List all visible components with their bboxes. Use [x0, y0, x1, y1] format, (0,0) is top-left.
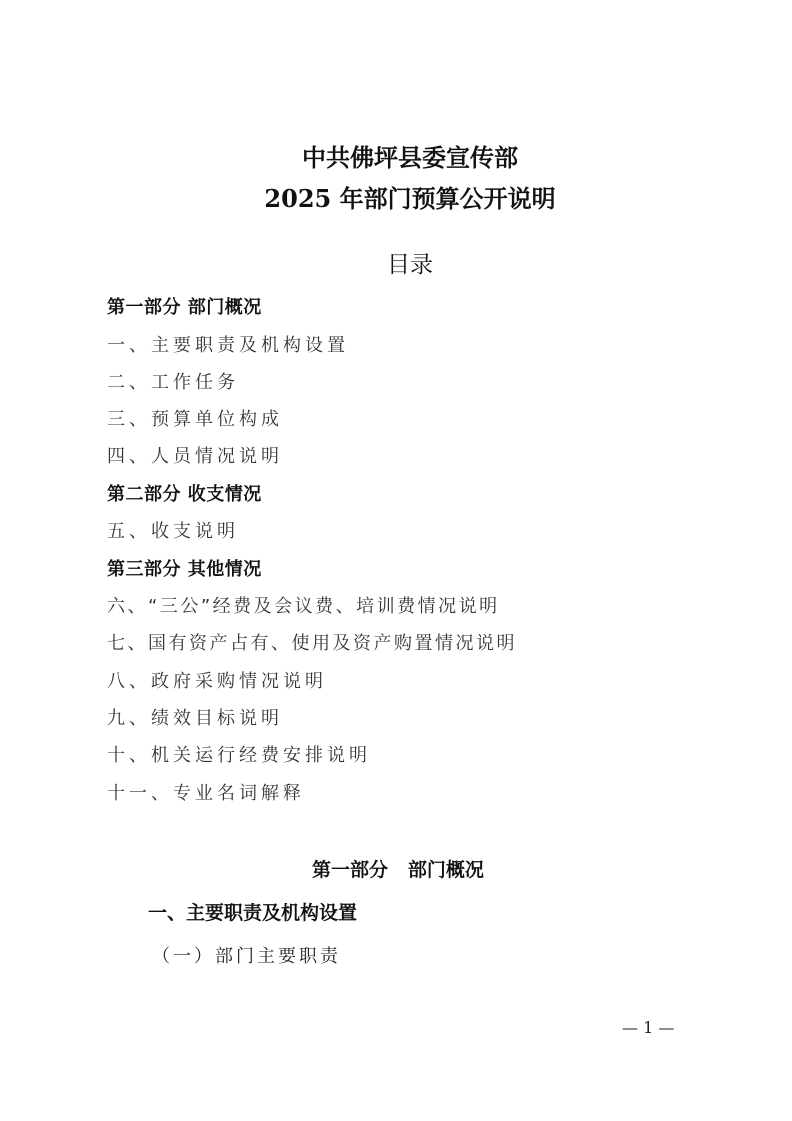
page-number: — 1 —: [622, 1017, 674, 1039]
toc-part-1: 第一部分 部门概况: [107, 295, 262, 321]
toc-item-7: 七、国有资产占有、使用及资产购置情况说明: [107, 631, 517, 657]
toc-item-6: 六、“三公”经费及会议费、培训费情况说明: [107, 594, 500, 620]
toc-item-10: 十、机关运行经费安排说明: [107, 743, 371, 769]
toc-item-9: 九、绩效目标说明: [107, 706, 283, 732]
subsection-heading: 一、主要职责及机构设置: [148, 899, 357, 927]
toc-item-5: 五、收支说明: [107, 519, 239, 545]
toc-item-2: 二、工作任务: [107, 370, 239, 396]
toc-item-8: 八、政府采购情况说明: [107, 669, 327, 695]
document-title-line2: 2025 年部门预算公开说明: [14, 184, 792, 214]
toc-item-1: 一、主要职责及机构设置: [107, 333, 349, 359]
toc-item-11: 十一、专业名词解释: [107, 781, 305, 807]
toc-part-2: 第二部分 收支情况: [107, 482, 262, 508]
document-page: 中共佛坪县委宣传部 2025 年部门预算公开说明 目录 第一部分 部门概况 一、…: [0, 0, 792, 1121]
sub-subsection-heading: （一）部门主要职责: [152, 944, 341, 970]
toc-item-4: 四、人员情况说明: [107, 444, 283, 470]
toc-heading: 目录: [14, 250, 792, 280]
toc-item-3: 三、预算单位构成: [107, 407, 283, 433]
section-heading: 第一部分 部门概况: [312, 857, 484, 883]
toc-part-3: 第三部分 其他情况: [107, 557, 262, 583]
document-title-line1: 中共佛坪县委宣传部: [14, 143, 792, 173]
